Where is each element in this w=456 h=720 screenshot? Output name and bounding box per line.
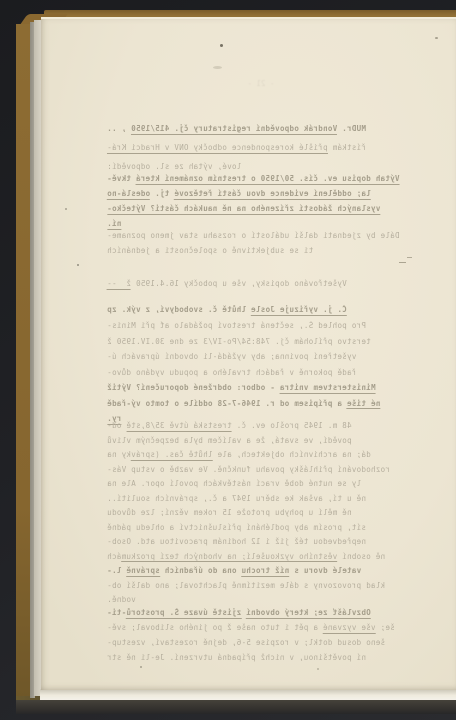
text-block: Vyšetřováno dopisky, vše u pobočky 16.4.… bbox=[107, 276, 451, 291]
underlined-text-segment: la; oddělení evidence dvou částí řetězov… bbox=[174, 189, 371, 200]
text-segment: ti se subjektivně o společnosti a jednán… bbox=[107, 246, 313, 255]
text-segment: ně osobní bbox=[337, 552, 385, 561]
showthrough-text-line: né tiše a přípisem od r. 1946-7-28 oddíl… bbox=[107, 396, 380, 412]
dust-speck bbox=[213, 66, 222, 69]
dust-speck bbox=[317, 668, 319, 670]
text-segment: povědí, ve svatá, že a valíčem byla bezp… bbox=[107, 436, 352, 445]
text-segment: 48 m. 1945 prošlo ev. č. bbox=[232, 421, 352, 430]
dust-speck bbox=[435, 37, 438, 39]
text-block: 48 m. 1945 prošlo ev. č. trestská útvě 3… bbox=[107, 419, 451, 608]
text-segment: -ti- bbox=[107, 608, 126, 617]
underlined-text-segment: lhůtě čas. (správ bbox=[131, 450, 213, 461]
dust-speck bbox=[407, 257, 412, 258]
underlined-text-segment: odeslá-no bbox=[107, 189, 150, 200]
text-segment: řadě pokorně v řadách trvalého a popudu … bbox=[107, 368, 356, 377]
text-segment: ona do úřadních bbox=[160, 566, 242, 575]
text-segment: sít, prosím aby podléhání příslušnictví … bbox=[107, 523, 366, 532]
showthrough-text-line: rozhodování přihlášky povahu funkčně. Ve… bbox=[107, 463, 390, 478]
text-segment: ly se nutné době vrací nástěvkách povolí… bbox=[107, 479, 361, 488]
dust-speck bbox=[65, 208, 67, 210]
text-segment: dá; na archivních objektech, ale bbox=[213, 450, 371, 459]
underlined-text-segment: věstního vyzkoušelí; na vhodných tezí pr… bbox=[121, 552, 337, 563]
document-page: - 21 - MUDr. Vondrák odpovědní registrat… bbox=[41, 17, 456, 690]
text-segment: terstvo přílohám čj. 748:54/Po-IV/3 ze d… bbox=[107, 337, 371, 346]
dust-speck bbox=[77, 264, 79, 266]
showthrough-text-line: Obzvlášť ze; který obvodní zjistě úvaze … bbox=[107, 605, 371, 620]
text-segment: Dále by zjednati další událostí o rozsah… bbox=[107, 231, 400, 240]
showthrough-text-line: dá; na archivních objektech, ale lhůtě č… bbox=[107, 448, 371, 463]
text-block: Obzvlášť ze; který obvodní zjistě úvaze … bbox=[107, 605, 451, 665]
text-block: Výtah dopisu ev. čís. 50/1950 o trestním… bbox=[107, 171, 451, 231]
text-segment: šeno dosud dotkl; v rozpise 5-6, dejně r… bbox=[107, 638, 385, 647]
text-segment: tj. bbox=[150, 189, 174, 198]
showthrough-text-line: ní povětšinou, v nichž případná utvrzení… bbox=[107, 650, 366, 665]
text-segment: Vyšetřováno dopisky, vše u pobočky 16.4.… bbox=[131, 279, 352, 288]
underlined-text-segment: přišlé korespondence odbočky ONV v Hradc… bbox=[107, 143, 328, 154]
dust-speck bbox=[220, 44, 223, 47]
text-segment: ně u tí, avšak ke sběru 1947 a č., správ… bbox=[107, 494, 366, 503]
showthrough-text-line: ně u tí, avšak ke sběru 1947 a č., správ… bbox=[107, 492, 366, 507]
underlined-text-segment: Ministerstvem vnitra bbox=[280, 383, 376, 394]
showthrough-text-line: ly se nutné době vrací nástěvkách povolí… bbox=[107, 477, 361, 492]
text-segment: nepředvedou též již i 12 hodinám pracovi… bbox=[107, 537, 366, 546]
showthrough-text-line: řístkám přišlé korespondence odbočky ONV… bbox=[107, 138, 366, 157]
text-segment: vodně. bbox=[107, 595, 136, 604]
underlined-text-segment: ž -- bbox=[107, 279, 131, 290]
text-segment: ách bbox=[107, 552, 121, 561]
showthrough-text-line: povědí, ve svatá, že a valíčem byla bezp… bbox=[107, 434, 352, 449]
text-block: Č. j. vyřizuje Josle lhůtě č. svobodyví,… bbox=[107, 302, 451, 317]
text-segment: vatelé dvoru s bbox=[289, 566, 361, 575]
showthrough-text-line: Ministerstvem vnitra - odbor: obdržené d… bbox=[107, 380, 376, 396]
showthrough-text-line: la; oddělení evidence dvou částí řetězov… bbox=[107, 186, 371, 201]
text-segment: , .. bbox=[107, 124, 131, 133]
underlined-text-segment: vše vyzvané bbox=[323, 623, 376, 634]
showthrough-text-line: 48 m. 1945 prošlo ev. č. trestská útvě 3… bbox=[107, 419, 352, 434]
underlined-text-segment: trestská útvě 35/8,stě bbox=[126, 421, 232, 432]
underlined-text-segment: vyslaných žádostí zřízeného na ně naukác… bbox=[107, 204, 380, 215]
text-segment: a přípisem od r. 1946-7-28 oddíle o tomt… bbox=[107, 399, 347, 408]
text-segment: tkvě- bbox=[107, 174, 136, 183]
book-cover-bottom-edge bbox=[16, 700, 456, 714]
underlined-text-segment: Obzvlášť ze; který obvodní bbox=[246, 608, 371, 619]
text-segment: a pět i tuto naše ž po jiného sliboval; … bbox=[107, 623, 323, 632]
text-segment bbox=[241, 608, 246, 617]
underlined-text-segment: zjistě úvaze Š. prostorů bbox=[126, 608, 241, 619]
showthrough-text-line: Pro pohled Š., sečtená trestoví požádalo… bbox=[107, 318, 366, 334]
text-segment: ní povětšinou, v nichž případná utvrzení… bbox=[107, 653, 366, 662]
text-block: Pro pohled Š., sečtená trestoví požádalo… bbox=[107, 318, 451, 427]
showthrough-text-line: vyslaných žádostí zřízeného na ně naukác… bbox=[107, 201, 380, 216]
text-segment: - odbor: obdržené doporučení? Výtiž bbox=[107, 383, 280, 392]
text-segment: še; bbox=[376, 623, 395, 632]
underlined-text-segment: Výtah dopisu ev. čís. 50/1950 o trestním… bbox=[136, 174, 400, 185]
showthrough-text-line: še; vše vyzvané a pět i tuto naše ž po j… bbox=[107, 620, 395, 635]
dust-speck bbox=[140, 666, 142, 668]
text-segment: od- bbox=[107, 421, 126, 430]
text-segment: ky na bbox=[107, 450, 131, 459]
underlined-text-segment: Č. j. vyřizuje Josle bbox=[251, 305, 347, 316]
text-segment: lové, výtah ze sl. odpovědí: bbox=[107, 162, 241, 171]
showthrough-text-line: řadě pokorně v řadách trvalého a popudu … bbox=[107, 365, 356, 381]
showthrough-text-line: sít, prosím aby podléhání příslušnictví … bbox=[107, 521, 366, 536]
text-segment: Pro pohled Š., sečtená trestoví požádalo… bbox=[107, 321, 366, 330]
showthrough-text-line: ně mělí u pohybu protože 15 rokem vězní;… bbox=[107, 506, 352, 521]
showthrough-text-line: MUDr. Vondrák odpovědní registratury čj.… bbox=[107, 119, 366, 138]
showthrough-text-line: Dále by zjednati další událostí o rozsah… bbox=[107, 228, 400, 243]
book-cover-left-edge bbox=[16, 24, 31, 712]
showthrough-text-line: šeno dosud dotkl; v rozpise 5-6, dejně r… bbox=[107, 635, 385, 650]
showthrough-text-line: vatelé dvoru s níž trochu ona do úřadníc… bbox=[107, 564, 361, 579]
text-segment: klad provozovny s dále mezitímně plachto… bbox=[107, 581, 385, 590]
showthrough-text-line: ně osobní věstního vyzkoušelí; na vhodný… bbox=[107, 550, 385, 565]
showthrough-text-line: Vyšetřováno dopisky, vše u pobočky 16.4.… bbox=[107, 276, 352, 291]
text-segment: rozhodování přihlášky povahu funkčně. Ve… bbox=[107, 465, 390, 474]
showthrough-text-line: Výtah dopisu ev. čís. 50/1950 o trestním… bbox=[107, 171, 400, 186]
showthrough-text-line: ti se subjektivně o společnosti a jednán… bbox=[107, 243, 313, 258]
page-number-showthrough: - 21 - bbox=[241, 79, 281, 88]
text-segment: lhůtě č. svobodyví, z výk. zp bbox=[107, 305, 251, 314]
showthrough-text-line: nepředvedou též již i 12 hodinám pracovi… bbox=[107, 535, 366, 550]
showthrough-text-line: klad provozovny s dále mezitímně plachto… bbox=[107, 579, 385, 594]
text-segment: l.- bbox=[107, 566, 126, 575]
text-block: Dále by zjednati další událostí o rozsah… bbox=[107, 228, 451, 258]
text-segment: vyšetření povinna; aby vyžádá-li obvodní… bbox=[107, 352, 356, 361]
dust-speck bbox=[399, 262, 406, 263]
showthrough-text-line: terstvo přílohám čj. 748:54/Po-IV/3 ze d… bbox=[107, 334, 371, 350]
showthrough-text-line: vyšetření povinna; aby vyžádá-li obvodní… bbox=[107, 349, 356, 365]
underlined-text-segment: správně bbox=[126, 566, 160, 577]
text-segment: MUDr. bbox=[337, 124, 366, 133]
text-segment: řístkám bbox=[328, 143, 366, 152]
underlined-text-segment: níž trochu bbox=[241, 566, 289, 577]
text-segment: ně mělí u pohybu protože 15 rokem vězní;… bbox=[107, 508, 352, 517]
text-block: MUDr. Vondrák odpovědní registratury čj.… bbox=[107, 119, 451, 176]
underlined-text-segment: Vondrák odpovědní registratury čj. 415/1… bbox=[131, 124, 337, 135]
showthrough-text-line: Č. j. vyřizuje Josle lhůtě č. svobodyví,… bbox=[107, 302, 347, 317]
underlined-text-segment: né tiše bbox=[347, 399, 381, 410]
page-stack-edge-bottom bbox=[40, 689, 456, 700]
